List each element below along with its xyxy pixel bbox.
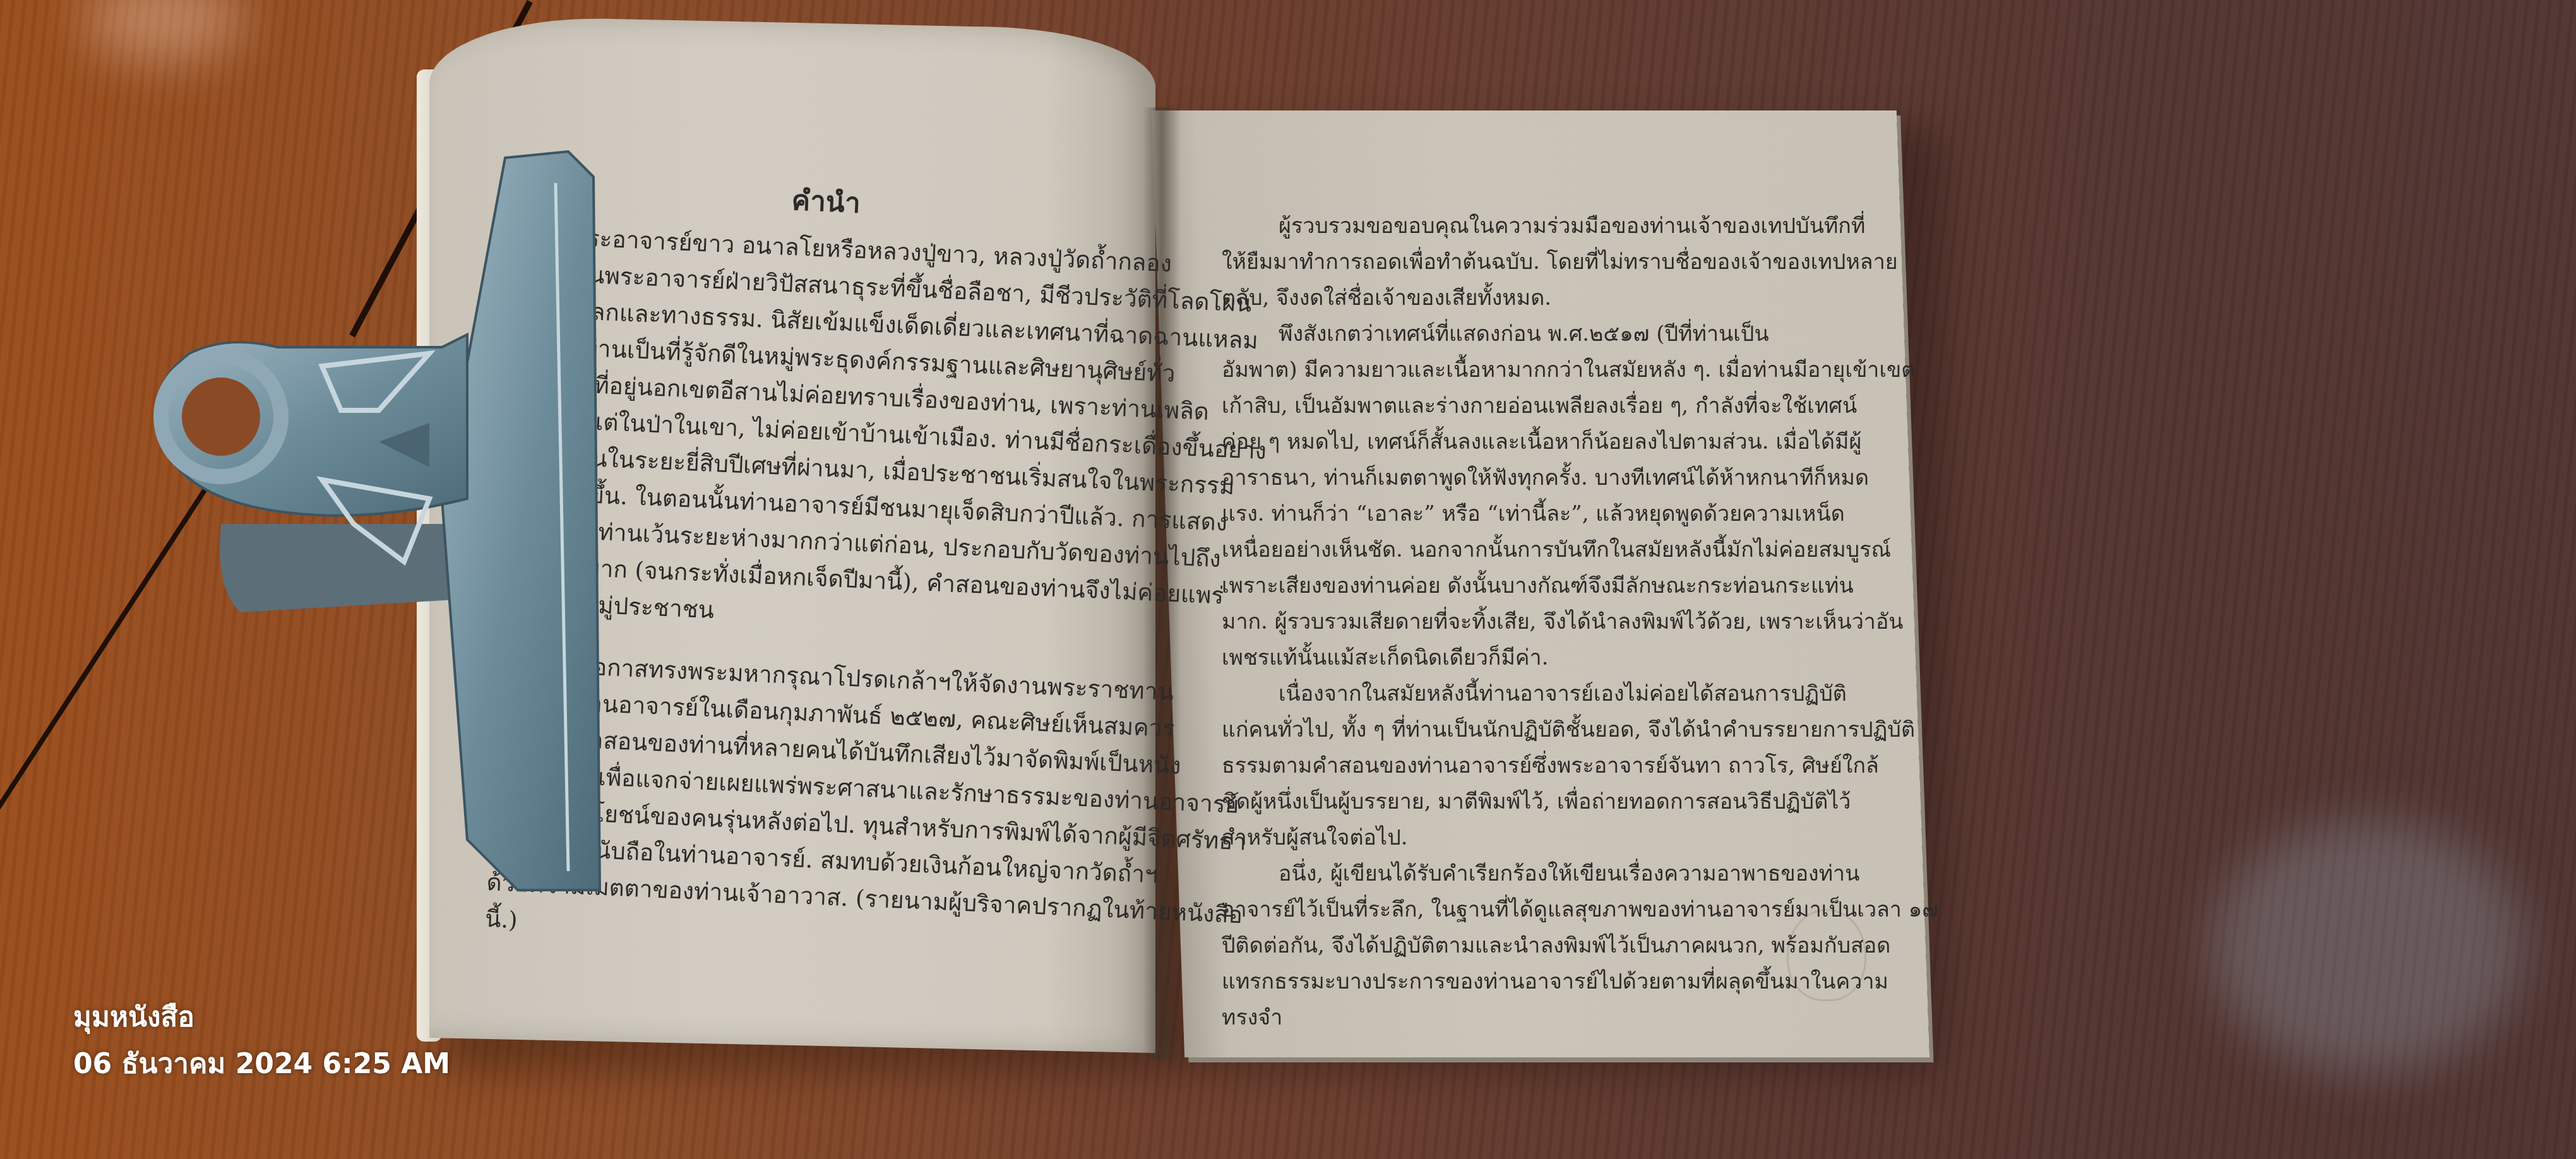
text-line: พึงสังเกตว่าเทศน์ที่แสดงก่อน พ.ศ.๒๕๑๗ (ป… (1222, 316, 1853, 352)
text-line: เก้าสิบ, เป็นอัมพาตและร่างกายอ่อนเพลียลง… (1222, 388, 1853, 424)
text-line: อัมพาต) มีความยาวและเนื้อหามากกว่าในสมัย… (1222, 352, 1853, 388)
text-line: มาก. ผู้รวบรวมเสียดายที่จะทิ้งเสีย, จึงไ… (1222, 604, 1853, 640)
text-line: เพชรแท้นั้นแม้สะเก็ดนิดเดียวก็มีค่า. (1222, 640, 1853, 676)
photo-watermark: มุมหนังสือ 06 ธันวาคม 2024 6:25 AM (73, 999, 450, 1083)
text-line: ชิดผู้หนึ่งเป็นผู้บรรยาย, มาตีพิมพ์ไว้, … (1222, 784, 1853, 820)
text-line: ค่อย ๆ หมดไป, เทศน์ก็สั้นลงและเนื้อหาก็น… (1222, 424, 1853, 460)
text-line: แรง. ท่านก็ว่า “เอาละ” หรือ “เท่านี้ละ”,… (1222, 496, 1853, 532)
text-line: ธรรมตามคำสอนของท่านอาจารย์ซึ่งพระอาจารย์… (1222, 748, 1853, 784)
text-line: อาจารย์ไว้เป็นที่ระลึก, ในฐานที่ได้ดูแลส… (1222, 892, 1853, 928)
text-line: ผู้รวบรวมขอขอบคุณในความร่วมมือของท่านเจ้… (1222, 208, 1853, 244)
text-line: อาราธนา, ท่านก็เมตตาพูดให้ฟังทุกครั้ง. บ… (1222, 460, 1853, 496)
text-line: ทรงจำ (1222, 1000, 1853, 1036)
text-line: สำหรับผู้สนใจต่อไป. (1222, 820, 1853, 856)
text-line: อนึ่ง, ผู้เขียนได้รับคำเรียกร้องให้เขียน… (1222, 856, 1853, 892)
paragraph: ผู้รวบรวมขอขอบคุณในความร่วมมือของท่านเจ้… (1222, 208, 1853, 316)
paragraph: เนื่องจากในสมัยหลังนี้ท่านอาจารย์เองไม่ค… (1222, 676, 1853, 856)
bulldog-clip-icon (114, 145, 619, 903)
watermark-title: มุมหนังสือ (73, 999, 450, 1037)
paragraph: อนึ่ง, ผู้เขียนได้รับคำเรียกร้องให้เขียน… (1222, 856, 1853, 1036)
text-line: แก่คนทั่วไป, ทั้ง ๆ ที่ท่านเป็นนักปฏิบัต… (1222, 712, 1853, 748)
text-line: เหนื่อยอย่างเห็นชัด. นอกจากนั้นการบันทึก… (1222, 532, 1853, 568)
text-line: เพราะเสียงของท่านค่อย ดังนั้นบางกัณฑ์จึง… (1222, 568, 1853, 604)
text-line: เนื่องจากในสมัยหลังนี้ท่านอาจารย์เองไม่ค… (1222, 676, 1853, 712)
text-line: ปีติดต่อกัน, จึงได้ปฏิบัติตามและนำลงพิมพ… (1222, 928, 1853, 964)
text-line: ให้ยืมมาทำการถอดเพื่อทำต้นฉบับ. โดยที่ไม… (1222, 244, 1853, 280)
table-glare (82, 0, 246, 63)
watermark-datetime: 06 ธันวาคม 2024 6:25 AM (73, 1045, 450, 1083)
right-page-text: ผู้รวบรวมขอขอบคุณในความร่วมมือของท่านเจ้… (1222, 208, 1853, 1036)
paragraph: พึงสังเกตว่าเทศน์ที่แสดงก่อน พ.ศ.๒๕๑๗ (ป… (1222, 316, 1853, 676)
text-line: ตลับ, จึงงดใส่ชื่อเจ้าของเสียทั้งหมด. (1222, 280, 1853, 316)
table-glare (2210, 821, 2525, 1073)
text-line: แทรกธรรมะบางประการของท่านอาจารย์ไปด้วยตา… (1222, 964, 1853, 1000)
